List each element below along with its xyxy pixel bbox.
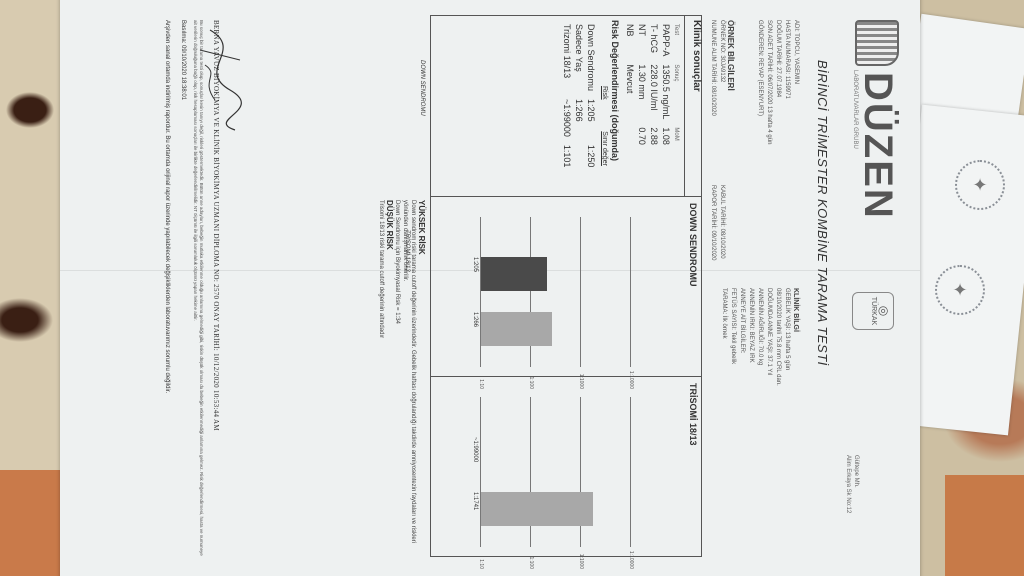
column-header: Sınır değer [601,131,608,166]
patient-name: ADI: TOPCU, YASEMIN [791,20,800,144]
test-name: NB [624,20,636,60]
risk-label: Sadece Yaş [573,20,585,95]
column-header: Sonuç [672,60,680,123]
test-mom: 0.70 [636,123,648,149]
risk-cutoff: 1:101 [561,141,573,172]
carpet-edge [945,475,1024,576]
trisomy-risk-heading: DÜŞÜK RİSK [385,200,393,560]
table-row: NB Mevcut [624,20,636,149]
test-result: 1.30 mm [636,60,648,123]
test-result: Mevcut [624,60,636,123]
risk-heading: Risk Değerlendirmesi (doğumda) [610,20,620,192]
risk-value: 1:205 [585,95,597,141]
last-period-date: SON ADET TARİHİ: 06/07/2020 13 hafta 4 g… [764,20,773,144]
grid-line [580,217,581,367]
clinical-line: ANNENİN IRKI: BEYAZ IRK [746,288,755,386]
risk-cutoff [573,141,585,172]
risk-table: Down Sendromu 1:205 1:250 Sadece Yaş 1:2… [561,20,597,171]
risk-cutoff: 1:250 [585,141,597,172]
accepted-date: KABUL TARİHİ: 08/10/2020 [717,185,726,260]
chart-title: DOWN SENDROMU [688,203,698,371]
clinical-line: FETÜS SAYISI: Tekil gebelik [728,288,737,386]
accreditation-label: TÜRKAK [870,297,877,325]
test-result: 228.0 IU/ml [648,60,660,123]
clinical-line: 08/10/2020 tarihli 75.8 mm CRL dan. [773,288,782,386]
address-line: Gültepe Mh. [852,455,860,513]
grid-line [630,397,631,547]
grid-line [630,217,631,367]
clinical-info-heading: KLİNİK BİLGİ [791,288,800,386]
building-icon [856,20,900,66]
report-date: RAPOR TARİHİ: 09/10/2020 [708,185,717,260]
sample-info: ÖRNEK BİLGİLERİ ÖRNEK NO: 30JA9132 NUMUN… [708,20,735,290]
table-row: T- hCG 228.0 IU/ml 2.88 [648,20,660,149]
risk-bar [481,257,547,291]
lab-name: DÜZEN [855,72,900,220]
signature-block: BERNA YAVUZ BİYOKİMYA VE KLİNİK BİYOKİMY… [164,20,220,560]
lab-address: Gültepe Mh. Alim Erkaya Sk No:12 [844,455,860,513]
clinical-line: ANNENİN AĞIRLIĞI: 70.0 kg [755,288,764,386]
clinical-line: TARAMA: İlk örnek [719,288,728,386]
tick-label: 1:10 [478,559,484,569]
trisomy-chart: TRİSOMİ 18/13 1:101:1001:10001:10000~1:9… [431,376,701,557]
risk-label: Trizomi 18/13 [561,20,573,95]
table-row: PAPP-A 1350.5 ng/mL 1.08 [660,20,672,149]
chart-plot: 1:101:1001:10001:10000~1:990001:1741 [481,397,631,547]
table-row: NT 1.30 mm 0.70 [636,20,648,149]
clinical-info: KLİNİK BİLGİ GEBELİK YAŞI: 13 hafta 5 gü… [719,288,800,386]
test-mom [624,123,636,149]
trisomy-risk-text: Trisomi 18/13 riski tarama cutoff değeri… [377,200,385,560]
bar-value-label: ~1:99000 [472,437,478,462]
clinical-line: DOĞUMDA ANNE YAŞI: 37.1 Yıl [764,288,773,386]
tick-label: 1:1000 [578,554,584,569]
clinical-line: GEBELİK YAŞI: 13 hafta 5 gün [782,288,791,386]
risk-label: Down Sendromu [585,20,597,95]
clinical-line: ANNEYE AİT BİLGİLER: [737,288,746,386]
tick-label: 1:100 [528,556,534,569]
ministry-seal-icon: ✦ [935,265,985,315]
chart-plot: 1:101:1001:10001:100001:2051:266 [481,217,631,367]
lab-logo: DÜZEN [855,20,900,220]
biochem-risk: Down Sendromu için Biyokimyasal Risk = 1… [393,200,401,560]
chart-title: TRİSOMİ 18/13 [688,383,698,551]
down-risk-text: Down sendrom riski tarama cutoff değerin… [401,200,417,560]
doctor-line: BERNA YAVUZ BİYOKİMYA VE KLİNİK BİYOKİMY… [212,20,220,560]
risk-bar [481,492,593,526]
report-title: BİRİNCİ TRİMESTER KOMBİNE TARAMA TESTİ [815,60,830,366]
column-header: Risk [601,86,608,100]
table-row: Sadece Yaş 1:266 [573,20,585,171]
test-mom: 1.08 [660,123,672,149]
bar-value-label: 1:205 [472,257,478,272]
interpretation: YÜKSEK RİSK Down sendrom riski tarama cu… [377,200,425,560]
patient-number: HASTA NUMARASI: 1159971 [782,20,791,144]
bar-value-label: 1:266 [472,312,478,327]
results-table-panel: Test Sonuç MoM PAPP-A 1350.5 ng/mL 1.08 … [430,16,685,197]
patient-info: ADI: TOPCU, YASEMIN HASTA NUMARASI: 1159… [755,20,800,144]
down-risk-heading: YÜKSEK RİSK [417,200,425,560]
column-header: Test [672,20,680,60]
table-row: Trizomi 18/13 ~1:99000 1:101 [561,20,573,171]
test-name: T- hCG [648,20,660,60]
results-table: Test Sonuç MoM PAPP-A 1350.5 ng/mL 1.08 … [624,20,680,149]
referrer: GÖNDEREN: REYAP (ESENYURT) [755,20,764,144]
column-header: MoM [672,123,680,149]
lab-subtitle: LABORATUVARLAR GRUBU [852,70,858,149]
test-name: PAPP-A [660,20,672,60]
tick-label: 1:10000 [628,551,634,569]
results-box: Klinik sonuçlar Test Sonuç MoM PAPP-A 13… [430,15,702,557]
turkak-icon: ◎ [877,293,891,329]
test-name: NT [636,20,648,60]
down-syndrome-chart: DOWN SENDROMU 1:101:1001:10001:100001:20… [431,196,701,377]
table-row: Down Sendromu 1:205 1:250 [585,20,597,171]
risk-bar [481,312,552,346]
disclaimer-text: Bu sonuç bir tarama testi olup, sonuçlar… [192,20,204,560]
test-mom: 2.88 [648,123,660,149]
birth-date: DOĞUM TARİHİ: 27.07.1984 [773,20,782,144]
sample-info-heading: ÖRNEK BİLGİLERİ [726,20,735,290]
ministry-seal-icon: ✦ [955,160,1005,210]
section-label: DOWN SENDROMU [419,60,425,116]
risk-value: 1:266 [573,95,585,141]
bar-value-label: 1:1741 [472,492,478,510]
results-heading: Klinik sonuçlar [691,20,702,92]
address-line: Alim Erkaya Sk No:12 [844,455,852,513]
test-result: 1350.5 ng/mL [660,60,672,123]
accreditation-badge: ◎ TÜRKAK [852,292,894,330]
risk-value: ~1:99000 [561,95,573,141]
printed-date: Basılma: 09/10/2020 18:38:01 [180,20,186,560]
report-document: DÜZEN LABORATUVARLAR GRUBU ◎ TÜRKAK Gült… [60,0,920,576]
archive-note: Arşivden sanal ortamda indirilmiş rapord… [164,20,170,560]
